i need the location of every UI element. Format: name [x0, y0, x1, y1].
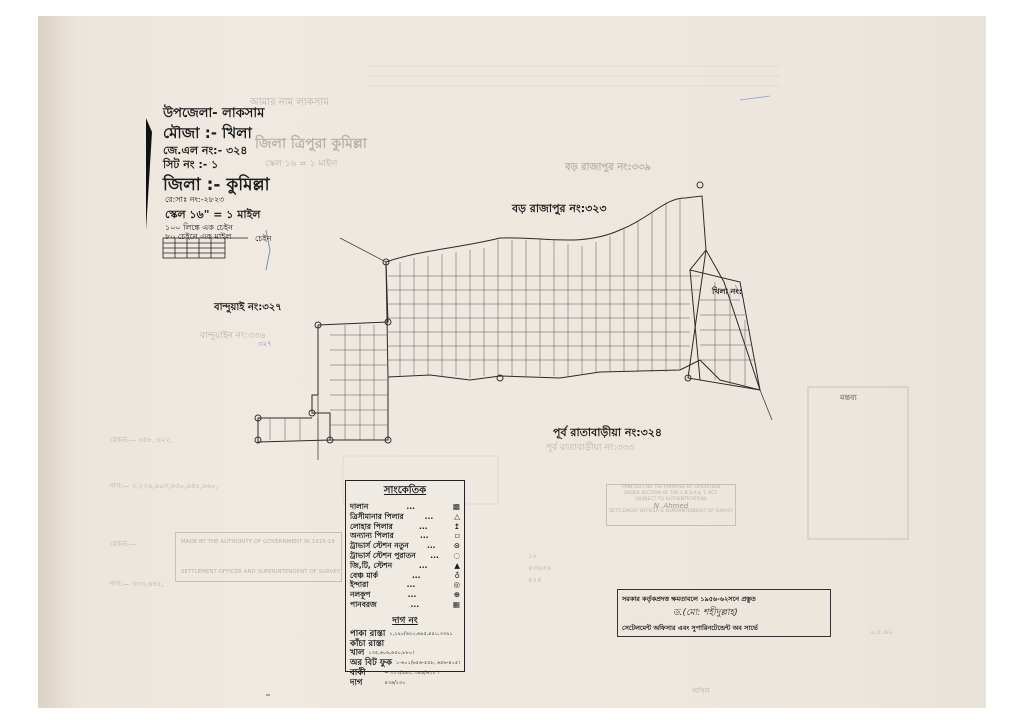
- remarks-title: মন্তব্য: [840, 392, 857, 405]
- bench-mark-icon: ♁: [454, 571, 460, 581]
- margin-note: দাগ:— ২,২২৬,৬০৩,৬৩০,৬৪৫,৬৬০,: [110, 480, 218, 492]
- gt-station-icon: ▲: [454, 561, 460, 571]
- building-icon: ▩: [453, 502, 460, 512]
- margin-note: রেকর্ড:— ৬৪৮, ৬২২,: [110, 434, 172, 446]
- margin-note: রেকর্ড:—: [110, 538, 136, 550]
- south-mouza-faint-label: পূর্ব রাতাবাড়ীয়া নং:৩৩৩: [546, 440, 634, 455]
- legend-row: জি,টি, স্টেশন...▲: [346, 561, 464, 571]
- other-pillar-icon: ▫: [455, 531, 460, 541]
- legend-row: ট্রাভার্স স্টেশন নতুন...⊙: [346, 541, 464, 551]
- east-mouza-label: খিলা নং:: [712, 286, 742, 299]
- faint-overlay-2: জিলা ত্রিপুরা কুমিল্লা: [255, 132, 367, 156]
- iron-pillar-icon: ↥: [454, 522, 460, 532]
- plot-row: বাকী দাগ= ৩১৩/৯৯০, ৩৪৯/৬২০ । ৫৩৬/২৩০: [346, 669, 464, 689]
- legend-row: ত্রিসীমানার পিলার...△: [346, 512, 464, 522]
- betel-garden-icon: ▦: [453, 600, 460, 610]
- legend-row: বেঞ্চ মার্ক...♁: [346, 571, 464, 581]
- well-icon: ◎: [453, 580, 460, 590]
- preparation-stamp: সরকার কর্তৃকপ্রদত্ত ক্ষমতাবলে ১৯৫৬-৬২সনে…: [617, 589, 831, 637]
- west-mouza-faint-label: বান্দুয়াইন নং:৩৩৬: [200, 328, 266, 343]
- legend-box: সাংকেতিক দালান...▩ ত্রিসীমানার পিলার...△…: [345, 480, 465, 672]
- traverse-station-new-icon: ⊙: [454, 541, 460, 551]
- scale-bar-label: চেইন: [255, 233, 272, 246]
- north-mouza-label: বড় রাজাপুর নং:৩২৩: [512, 200, 607, 219]
- mouza-map-drawing: [0, 0, 1024, 723]
- signed-date: ২.৫.৬২: [870, 626, 893, 638]
- tpa-stamp: PRINTED FOR THE PURPOSE OF OPERATION UND…: [606, 484, 736, 526]
- legend-row: লোহার পিলার...↥: [346, 522, 464, 532]
- legend-row: নলকূপ...⊕: [346, 590, 464, 600]
- legend-row: ট্রাভার্স স্টেশন পুরাতন...◌: [346, 551, 464, 561]
- legend-row: দালান...▩: [346, 502, 464, 512]
- legend-title: সাংকেতিক: [346, 483, 464, 500]
- legend-row: অন্যান্য পিলার...▫: [346, 531, 464, 541]
- traverse-station-old-icon: ◌: [453, 551, 460, 561]
- govt-authority-stamp: MADE BY THE AUTHORITY OF GOVERNMENT IN 1…: [175, 532, 342, 582]
- tubewell-icon: ⊕: [454, 590, 460, 600]
- west-blue-note: ৩২৭: [258, 338, 272, 350]
- faint-overlay-3: স্কেল ১৬ = ১ মাইল: [265, 156, 337, 171]
- legend-row: পানবরজ...▦: [346, 600, 464, 610]
- chain-note-2: ৮০ চেইনে এক মাইল: [165, 231, 231, 244]
- tri-junction-pillar-icon: △: [454, 512, 460, 522]
- legend-row: ইন্দারা...◎: [346, 580, 464, 590]
- north-mouza-faint-label: বড় রাজাপুর নং:৩৩৯: [565, 160, 651, 177]
- margin-note: দাগ:— ৩৩৩,৬৪৫,: [110, 578, 164, 590]
- bottom-mark: অখিল: [692, 685, 710, 697]
- center-margin-note: ১২ ৫৩৬৫৬ ৪২৪: [528, 550, 551, 586]
- signature: ড.(মো: শহীদুল্লাহ): [673, 605, 738, 620]
- west-mouza-label: বান্দুয়াই নং:৩২৭: [214, 302, 282, 313]
- plot-number-title: দাগ নং: [346, 613, 464, 628]
